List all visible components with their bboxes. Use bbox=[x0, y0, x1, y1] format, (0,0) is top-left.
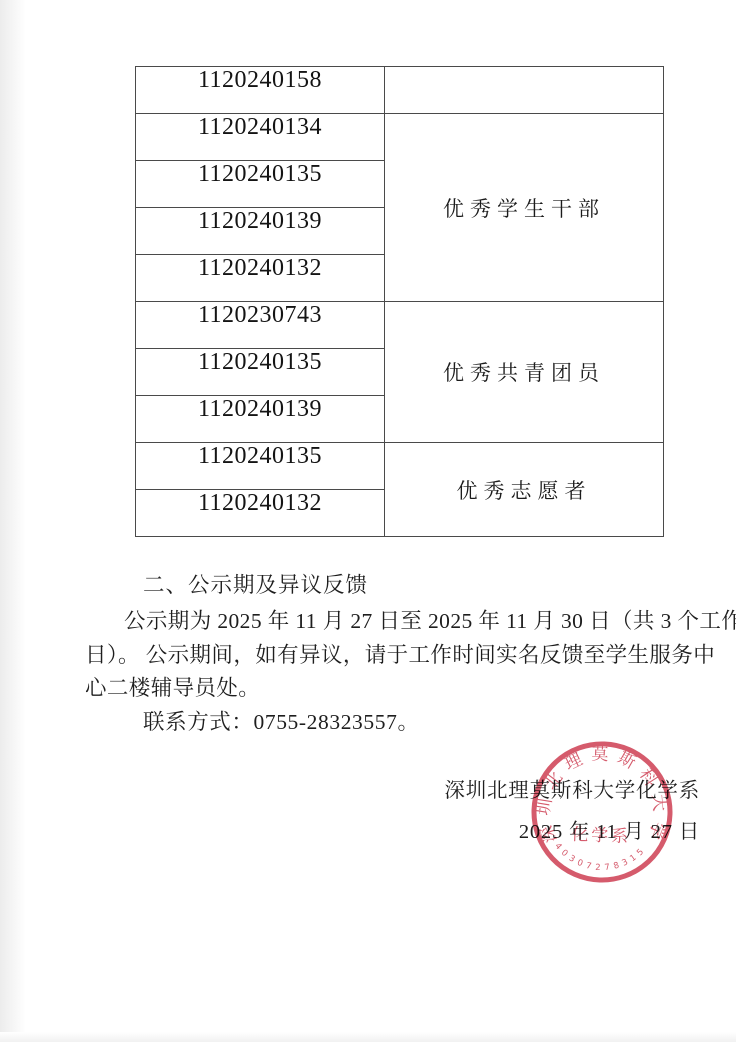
student-id-cell: 1120240135 bbox=[136, 443, 385, 490]
table-row: 1120240134 优秀学生干部 bbox=[136, 114, 664, 161]
signature-date: 2025 年 11 月 27 日 bbox=[444, 812, 700, 853]
award-category-cell: 优秀共青团员 bbox=[385, 302, 664, 443]
contact-line: 联系方式：0755-28323557。 bbox=[143, 705, 420, 736]
student-id-cell: 1120230743 bbox=[136, 302, 385, 349]
document-page: 1120240158 1120240134 优秀学生干部 1120240135 … bbox=[0, 0, 736, 1042]
student-id-cell: 1120240132 bbox=[136, 255, 385, 302]
table-row: 1120230743 优秀共青团员 bbox=[136, 302, 664, 349]
paragraph-line: 公示期为 2025 年 11 月 27 日至 2025 年 11 月 30 日（… bbox=[85, 605, 715, 639]
student-id-cell: 1120240139 bbox=[136, 396, 385, 443]
scan-shadow-left bbox=[0, 0, 26, 1042]
student-id-cell: 1120240139 bbox=[136, 208, 385, 255]
student-id-cell: 1120240135 bbox=[136, 349, 385, 396]
student-id-cell: 1120240135 bbox=[136, 161, 385, 208]
section-heading: 二、公示期及异议反馈 bbox=[143, 568, 368, 599]
student-id-cell: 1120240132 bbox=[136, 490, 385, 537]
signature-block: 深圳北理莫斯科大学化学系 2025 年 11 月 27 日 bbox=[444, 771, 700, 852]
table-row: 1120240135 优秀志愿者 bbox=[136, 443, 664, 490]
notice-paragraph: 公示期为 2025 年 11 月 27 日至 2025 年 11 月 30 日（… bbox=[85, 605, 715, 706]
award-category-cell: 优秀志愿者 bbox=[385, 443, 664, 537]
award-category-cell: 优秀学生干部 bbox=[385, 114, 664, 302]
award-category-cell-empty bbox=[385, 67, 664, 114]
paragraph-line: 日）。 公示期间，如有异议，请于工作时间实名反馈至学生服务中 bbox=[85, 639, 715, 673]
student-id-cell: 1120240134 bbox=[136, 114, 385, 161]
paragraph-line: 心二楼辅导员处。 bbox=[85, 672, 715, 706]
awards-table: 1120240158 1120240134 优秀学生干部 1120240135 … bbox=[135, 66, 664, 537]
student-id-cell: 1120240158 bbox=[136, 67, 385, 114]
signature-org: 深圳北理莫斯科大学化学系 bbox=[444, 771, 700, 812]
scan-shadow-bottom bbox=[0, 1032, 736, 1042]
table-row: 1120240158 bbox=[136, 67, 664, 114]
